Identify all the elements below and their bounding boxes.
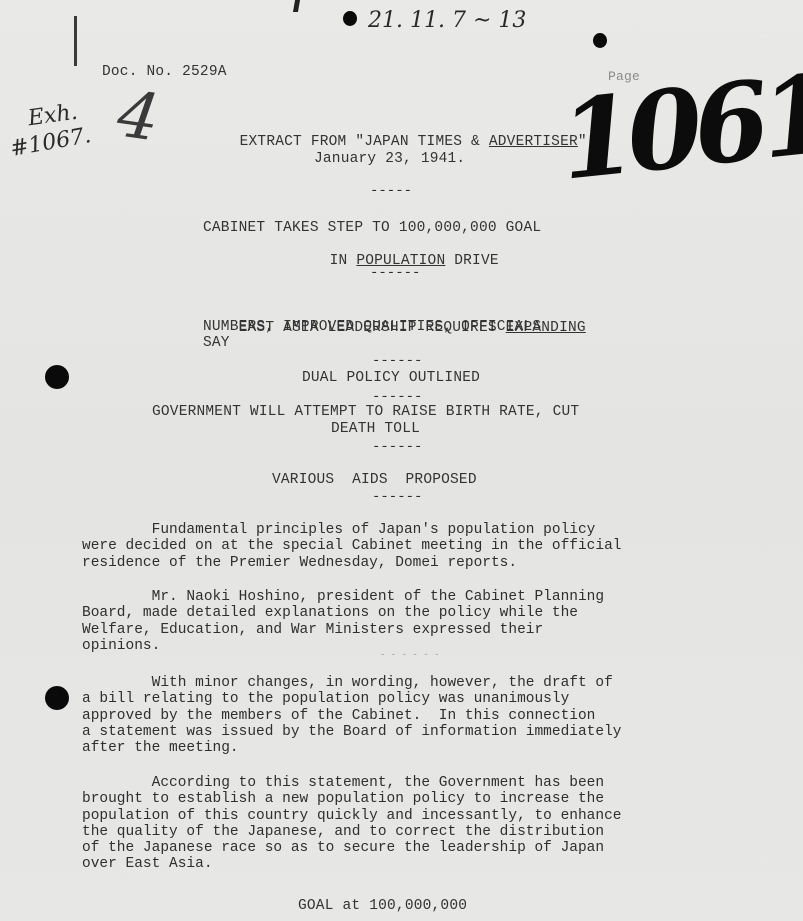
headline-2-line-2: NUMBERS, IMPROVED QUALITIES, OFFICIALS (203, 319, 541, 336)
handwritten-page-number: 1061 (554, 51, 803, 204)
separator-3: ------ (372, 353, 422, 369)
handwritten-exhibit-number: #1067. (8, 123, 93, 162)
page-label: Page (608, 68, 640, 85)
ink-mark-top (293, 0, 300, 12)
headline-4-line-1: GOVERNMENT WILL ATTEMPT TO RAISE BIRTH R… (152, 404, 579, 421)
punch-hole-top-center (343, 11, 357, 26)
headline-4-line-2: DEATH TOLL (331, 421, 420, 438)
title-close: " (578, 134, 587, 150)
doc-number: Doc. No. 2529A (102, 64, 227, 81)
punch-hole-left-lower (45, 686, 69, 710)
separator-2: ------ (370, 265, 420, 281)
document-date: January 23, 1941. (314, 151, 465, 168)
separator-5: ------ (372, 439, 422, 455)
headline-5: VARIOUS AIDS PROPOSED (272, 472, 477, 489)
document-page: 21. 11. 7 ~ 13 Exh. #1067. 4 1061 Doc. N… (0, 0, 803, 921)
headline-1-text-end: DRIVE (445, 253, 498, 269)
punch-hole-left-upper (45, 365, 69, 389)
headline-3: DUAL POLICY OUTLINED (302, 370, 480, 387)
title-text: EXTRACT FROM "JAPAN TIMES & (240, 134, 489, 150)
paragraph-2: Mr. Naoki Hoshino, president of the Cabi… (82, 589, 604, 654)
separator-6: ------ (372, 489, 422, 505)
separator-7: - - - - - - (380, 650, 439, 660)
headline-1-text: IN (330, 253, 357, 269)
subheading-goal: GOAL at 100,000,000 (298, 898, 467, 915)
paragraph-4: According to this statement, the Governm… (82, 775, 622, 873)
paragraph-3: With minor changes, in wording, however,… (82, 675, 622, 756)
handwritten-initial-mark: 4 (113, 78, 164, 157)
handwritten-date: 21. 11. 7 ~ 13 (368, 8, 526, 33)
title-underlined: ADVERTISER (489, 134, 578, 150)
headline-2-line-3: SAY (203, 335, 230, 352)
punch-hole-top-right (593, 33, 607, 48)
separator-1: ----- (370, 183, 412, 199)
staple-mark (74, 16, 77, 66)
paragraph-1: Fundamental principles of Japan's popula… (82, 522, 622, 571)
headline-1-line-1: CABINET TAKES STEP TO 100,000,000 GOAL (203, 220, 541, 237)
separator-4: ------ (372, 389, 422, 405)
